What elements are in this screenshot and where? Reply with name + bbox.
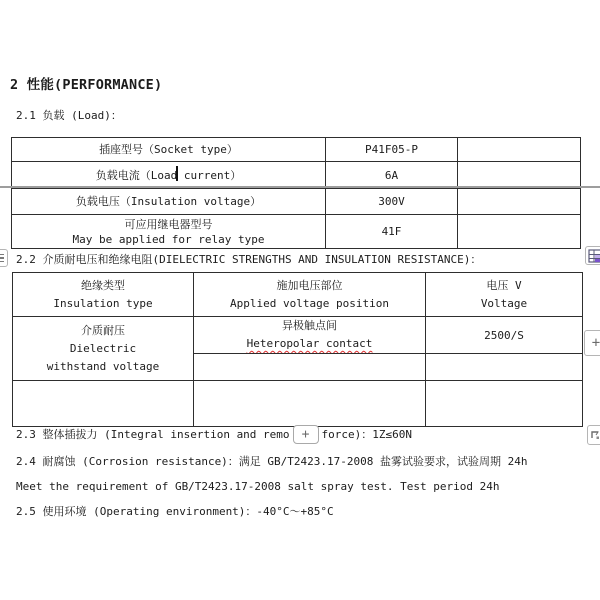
section-2-2-label[interactable]: 2.2 介质耐电压和绝缘电阻(DIELECTRIC STRENGTHS AND …	[16, 252, 481, 267]
voltage-header-cell[interactable]: 电压 V Voltage	[426, 273, 583, 317]
row-handle-icon[interactable]	[0, 249, 8, 267]
section-2-4-english[interactable]: Meet the requirement of GB/T2423.17-2008…	[16, 479, 499, 494]
add-column-plus-button[interactable]: +	[584, 330, 600, 356]
table-header-row: 绝缘类型 Insulation type 施加电压部位 Applied volt…	[13, 273, 583, 317]
section-2-3-text-before: 2.3 整体插拔力 (Integral insertion and remo	[16, 427, 290, 442]
table-row: 介质耐压 Dielectric withstand voltage 异极触点间 …	[13, 317, 583, 354]
text-caret	[176, 166, 178, 181]
page-break-line	[0, 186, 600, 188]
header-en: Voltage	[428, 295, 580, 313]
corner-arrow-icon	[590, 430, 600, 441]
header-zh: 施加电压部位	[196, 277, 423, 295]
insert-plus-button[interactable]: +	[293, 425, 319, 444]
header-zh: 电压 V	[428, 277, 580, 295]
document-page: 2 性能(PERFORMANCE) 2.1 负载 (Load)： 插座型号（So…	[0, 0, 600, 600]
list-lines-icon	[0, 254, 4, 263]
header-zh: 绝缘类型	[15, 277, 191, 295]
page-title[interactable]: 2 性能(PERFORMANCE)	[10, 73, 162, 93]
load-current-label-cell[interactable]: 负载电流（Load current）	[12, 162, 326, 189]
load-current-value-cell[interactable]: 6A	[326, 162, 458, 189]
voltage-position-header-cell[interactable]: 施加电压部位 Applied voltage position	[194, 273, 426, 317]
header-en: Insulation type	[15, 295, 191, 313]
relay-type-label-zh: 可应用继电器型号	[14, 217, 323, 232]
dielectric-withstand-cell[interactable]: 介质耐压 Dielectric withstand voltage	[13, 317, 194, 381]
socket-type-value-cell[interactable]: P41F05-P	[326, 138, 458, 162]
grid-icon	[588, 249, 600, 263]
cell-en: Dielectric	[15, 340, 191, 358]
relay-type-value-cell[interactable]: 41F	[326, 215, 458, 249]
empty-cell[interactable]	[13, 381, 194, 427]
socket-type-label-cell[interactable]: 插座型号（Socket type）	[12, 138, 326, 162]
table-autofit-icon[interactable]	[587, 425, 600, 445]
cell-en-misspelled: Heteropolar contact	[196, 335, 423, 353]
section-2-5-label[interactable]: 2.5 使用环境 (Operating environment)：-40°C～+…	[16, 504, 334, 519]
empty-cell[interactable]	[458, 215, 581, 249]
empty-cell[interactable]	[194, 381, 426, 427]
table-tools-icon[interactable]	[585, 246, 600, 265]
empty-cell[interactable]	[458, 189, 581, 215]
load-voltage-label-cell[interactable]: 负载电压（Insulation voltage）	[12, 189, 326, 215]
section-2-3-text-after: force)：1Z≤60N	[322, 427, 412, 442]
empty-cell[interactable]	[194, 354, 426, 381]
section-2-1-label[interactable]: 2.1 负载 (Load)：	[16, 108, 122, 123]
cell-zh: 异极触点间	[196, 317, 423, 335]
table-row: 可应用继电器型号 May be applied for relay type 4…	[12, 215, 581, 249]
empty-cell[interactable]	[458, 138, 581, 162]
empty-cell[interactable]	[458, 162, 581, 189]
load-voltage-value-cell[interactable]: 300V	[326, 189, 458, 215]
table-row: 插座型号（Socket type） P41F05-P	[12, 138, 581, 162]
empty-cell[interactable]	[426, 354, 583, 381]
cell-zh: 介质耐压	[15, 322, 191, 340]
relay-type-label-cell[interactable]: 可应用继电器型号 May be applied for relay type	[12, 215, 326, 249]
dielectric-table: 绝缘类型 Insulation type 施加电压部位 Applied volt…	[12, 272, 583, 427]
empty-cell[interactable]	[426, 381, 583, 427]
section-2-4-label[interactable]: 2.4 耐腐蚀 (Corrosion resistance)：满足 GB/T24…	[16, 454, 528, 469]
insulation-type-header-cell[interactable]: 绝缘类型 Insulation type	[13, 273, 194, 317]
voltage-value-cell[interactable]: 2500/S	[426, 317, 583, 354]
cell-en: withstand voltage	[15, 358, 191, 376]
table-row: 负载电流（Load current） 6A	[12, 162, 581, 189]
section-2-3-line[interactable]: 2.3 整体插拔力 (Integral insertion and remo +…	[16, 425, 412, 444]
heteropolar-contact-cell[interactable]: 异极触点间 Heteropolar contact	[194, 317, 426, 354]
table-row: 负载电压（Insulation voltage） 300V	[12, 189, 581, 215]
relay-type-label-en: May be applied for relay type	[14, 232, 323, 247]
table-row	[13, 381, 583, 427]
header-en: Applied voltage position	[196, 295, 423, 313]
load-table: 插座型号（Socket type） P41F05-P 负载电流（Load cur…	[11, 137, 581, 249]
